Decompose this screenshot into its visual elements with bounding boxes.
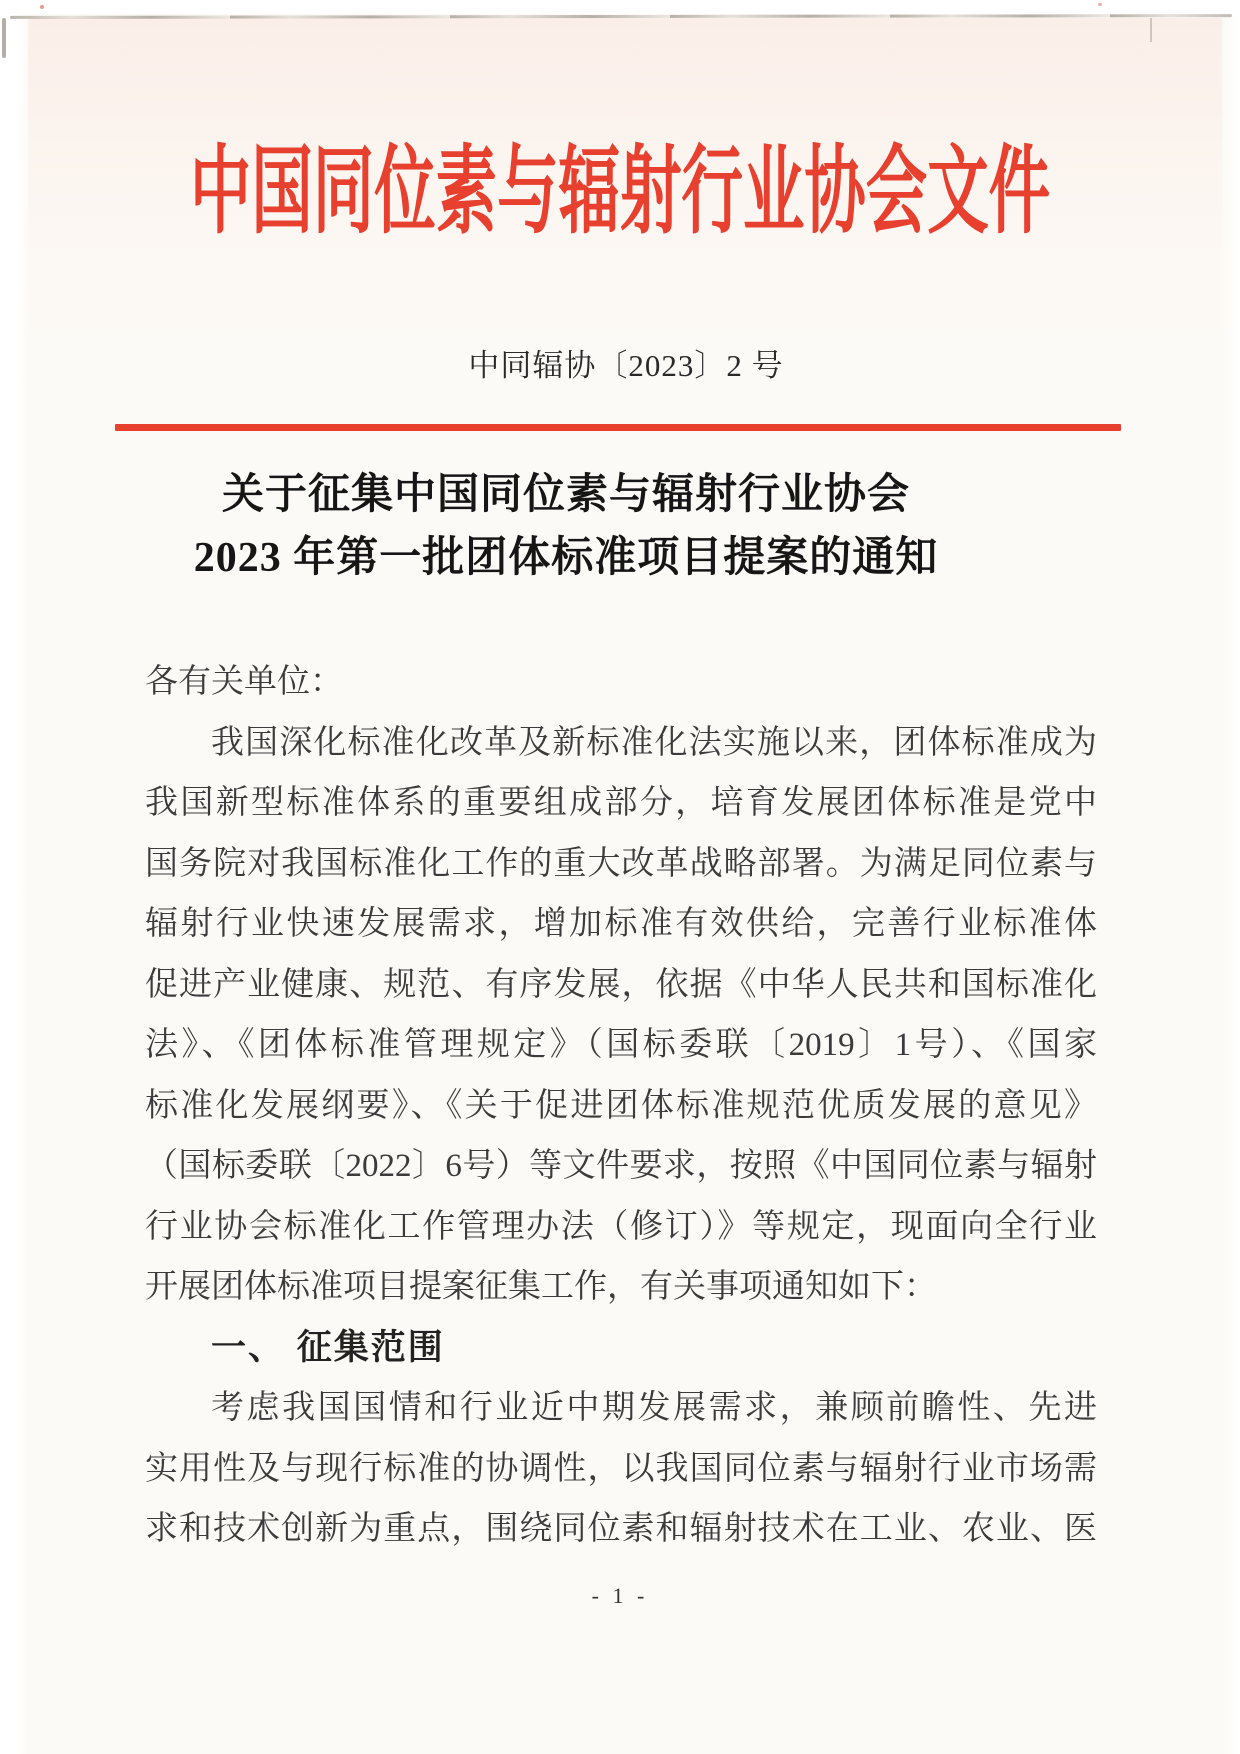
body-line: 标准化发展纲要》、《关于促进团体标准规范优质发展的意见》 bbox=[145, 1076, 1097, 1137]
letterhead-title: 中国同位素与辐射行业协会文件 bbox=[0, 138, 1188, 246]
body-line: （国标委联〔2022〕6号）等文件要求，按照《中国同位素与辐射 bbox=[145, 1136, 1097, 1197]
body-line: 我国深化标准化改革及新标准化法实施以来，团体标准成为 bbox=[145, 713, 1097, 774]
body-line: 行业协会标准化工作管理办法（修订）》等规定，现面向全行业 bbox=[145, 1197, 1097, 1258]
salutation-line: 各有关单位： bbox=[145, 652, 1097, 713]
document-title-line-2: 2023 年第一批团体标准项目提案的通知 bbox=[0, 527, 1186, 590]
document-body: 各有关单位： 我国深化标准化改革及新标准化法实施以来，团体标准成为 我国新型标准… bbox=[145, 652, 1097, 1560]
body-line: 我国新型标准体系的重要组成部分，培育发展团体标准是党中央、 bbox=[145, 773, 1097, 834]
letterhead-title-text: 中国同位素与辐射行业协会文件 bbox=[190, 138, 1050, 246]
document-title: 关于征集中国同位素与辐射行业协会 2023 年第一批团体标准项目提案的通知 bbox=[0, 464, 1186, 590]
red-divider-rule bbox=[115, 424, 1121, 431]
body-line: 考虑我国国情和行业近中期发展需求，兼顾前瞻性、先进性、 bbox=[145, 1378, 1097, 1439]
scan-top-margin bbox=[0, 0, 1240, 14]
scan-left-margin bbox=[0, 0, 30, 1754]
document-number: 中同辐协〔2023〕2 号 bbox=[6, 346, 1240, 386]
scan-red-speck bbox=[1098, 3, 1102, 6]
body-line: 国务院对我国标准化工作的重大改革战略部署。为满足同位素与 bbox=[145, 834, 1097, 895]
section-heading: 一、 征集范围 bbox=[145, 1318, 1097, 1379]
document-title-line-1: 关于征集中国同位素与辐射行业协会 bbox=[0, 464, 1186, 527]
scanned-document-page: 中国同位素与辐射行业协会文件 中同辐协〔2023〕2 号 关于征集中国同位素与辐… bbox=[0, 0, 1240, 1754]
scan-right-crease bbox=[1150, 18, 1152, 42]
body-line: 求和技术创新为重点，围绕同位素和辐射技术在工业、农业、医 bbox=[145, 1499, 1097, 1560]
scan-left-notch bbox=[2, 18, 6, 58]
body-line: 开展团体标准项目提案征集工作，有关事项通知如下： bbox=[145, 1257, 1097, 1318]
scan-red-speck bbox=[40, 5, 44, 9]
scan-paper-edge-line bbox=[10, 14, 1232, 19]
scan-right-margin bbox=[1224, 0, 1240, 1754]
page-number: - 1 - bbox=[0, 1580, 1240, 1612]
body-line: 辐射行业快速发展需求，增加标准有效供给，完善行业标准体系， bbox=[145, 894, 1097, 955]
body-line: 促进产业健康、规范、有序发展，依据《中华人民共和国标准化 bbox=[145, 955, 1097, 1016]
body-line: 法》、《团体标准管理规定》（国标委联〔2019〕1号）、《国家 bbox=[145, 1015, 1097, 1076]
body-line: 实用性及与现行标准的协调性，以我国同位素与辐射行业市场需 bbox=[145, 1439, 1097, 1500]
